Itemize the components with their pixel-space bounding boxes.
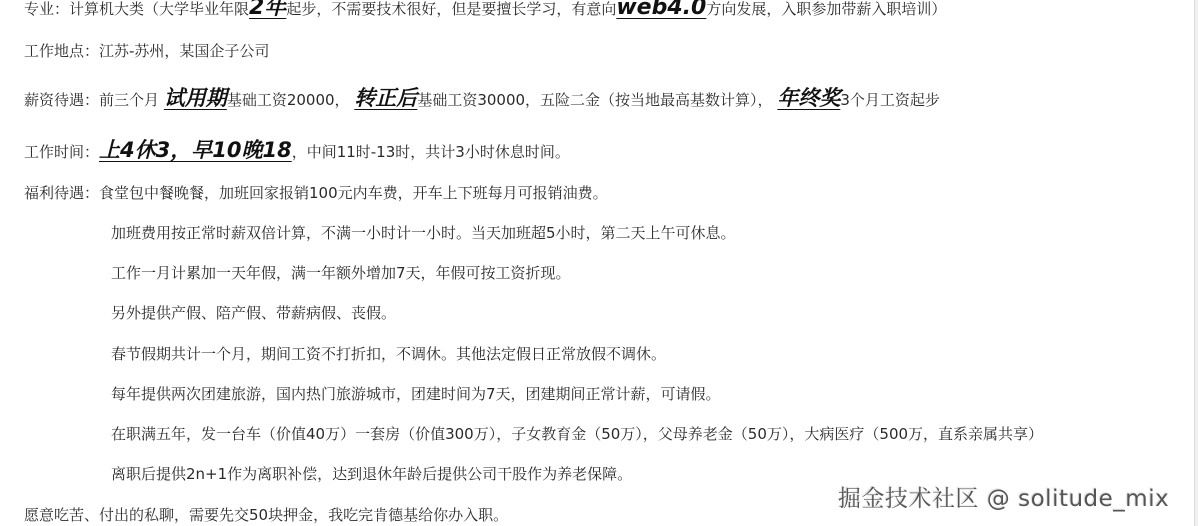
benefit-item: 每年提供两次团建旅游，国内热门旅游城市，团建时间为7天，团建期间正常计薪，可请假… (111, 384, 721, 404)
hours-line: 工作时间：上4休3，早10晚18，中间11时-13时，共计3小时休息时间。 (24, 140, 570, 162)
major-label: 专业： (24, 0, 69, 18)
salary-text-4: 3个月工资起步 (840, 91, 940, 109)
salary-text-1: 前三个月 (99, 91, 159, 109)
benefit-item: 在职满五年，发一台车（价值40万）一套房（价值300万），子女教育金（50万），… (111, 424, 1043, 444)
benefits-label: 福利待遇： (24, 184, 99, 202)
hours-emphasis-schedule: 上4休3，早10晚18 (99, 138, 292, 162)
page-edge-divider (1194, 0, 1198, 526)
benefit-item: 食堂包中餐晚餐，加班回家报销100元内车费，开车上下班每月可报销油费。 (99, 184, 608, 202)
major-emphasis-web40: web4.0 (616, 0, 706, 20)
benefit-item: 工作一月计累加一天年假，满一年额外增加7天，年假可按工资折现。 (111, 263, 571, 283)
major-text-2: 起步，不需要技术很好，但是要擅长学习，有意向 (286, 0, 616, 18)
salary-text-3: 基础工资30000，五险二金（按当地最高基数计算）， (417, 91, 772, 109)
salary-label: 薪资待遇： (24, 91, 99, 109)
benefit-item: 春节假期共计一个月，期间工资不打折扣，不调休。其他法定假日正常放假不调休。 (111, 344, 666, 364)
major-line: 专业：计算机大类（大学毕业年限2年起步，不需要技术很好，但是要擅长学习，有意向w… (24, 0, 946, 19)
salary-line: 薪资待遇：前三个月 试用期基础工资20000， 转正后基础工资30000，五险二… (24, 88, 940, 110)
hours-label: 工作时间： (24, 143, 99, 161)
salary-emphasis-regular: 转正后 (354, 86, 417, 110)
salary-emphasis-probation: 试用期 (164, 86, 227, 110)
benefits-line-1: 福利待遇：食堂包中餐晚餐，加班回家报销100元内车费，开车上下班每月可报销油费。 (24, 183, 608, 203)
salary-emphasis-bonus: 年终奖 (777, 86, 840, 110)
major-emphasis-years: 2年 (249, 0, 286, 20)
salary-text-2: 基础工资20000， (227, 91, 350, 109)
job-posting-document: 专业：计算机大类（大学毕业年限2年起步，不需要技术很好，但是要擅长学习，有意向w… (0, 0, 1198, 526)
location-text: 江苏-苏州，某国企子公司 (99, 42, 269, 60)
location-label: 工作地点： (24, 42, 99, 60)
benefit-item: 另外提供产假、陪产假、带薪病假、丧假。 (111, 303, 396, 323)
hours-text: ，中间11时-13时，共计3小时休息时间。 (292, 143, 570, 161)
watermark: 掘金技术社区 @ solitude_mix (838, 480, 1169, 513)
location-line: 工作地点：江苏-苏州，某国企子公司 (24, 41, 269, 61)
major-text-1: 计算机大类（大学毕业年限 (69, 0, 249, 18)
major-text-3: 方向发展，入职参加带薪入职培训） (706, 0, 946, 18)
benefit-item: 离职后提供2n+1作为离职补偿，达到退休年龄后提供公司干股作为养老保障。 (111, 464, 632, 484)
benefit-item: 加班费用按正常时薪双倍计算，不满一小时计一小时。当天加班超5小时，第二天上午可休… (111, 223, 736, 243)
closing-line: 愿意吃苦、付出的私聊，需要先交50块押金，我吃完肯德基给你办入职。 (24, 505, 508, 525)
